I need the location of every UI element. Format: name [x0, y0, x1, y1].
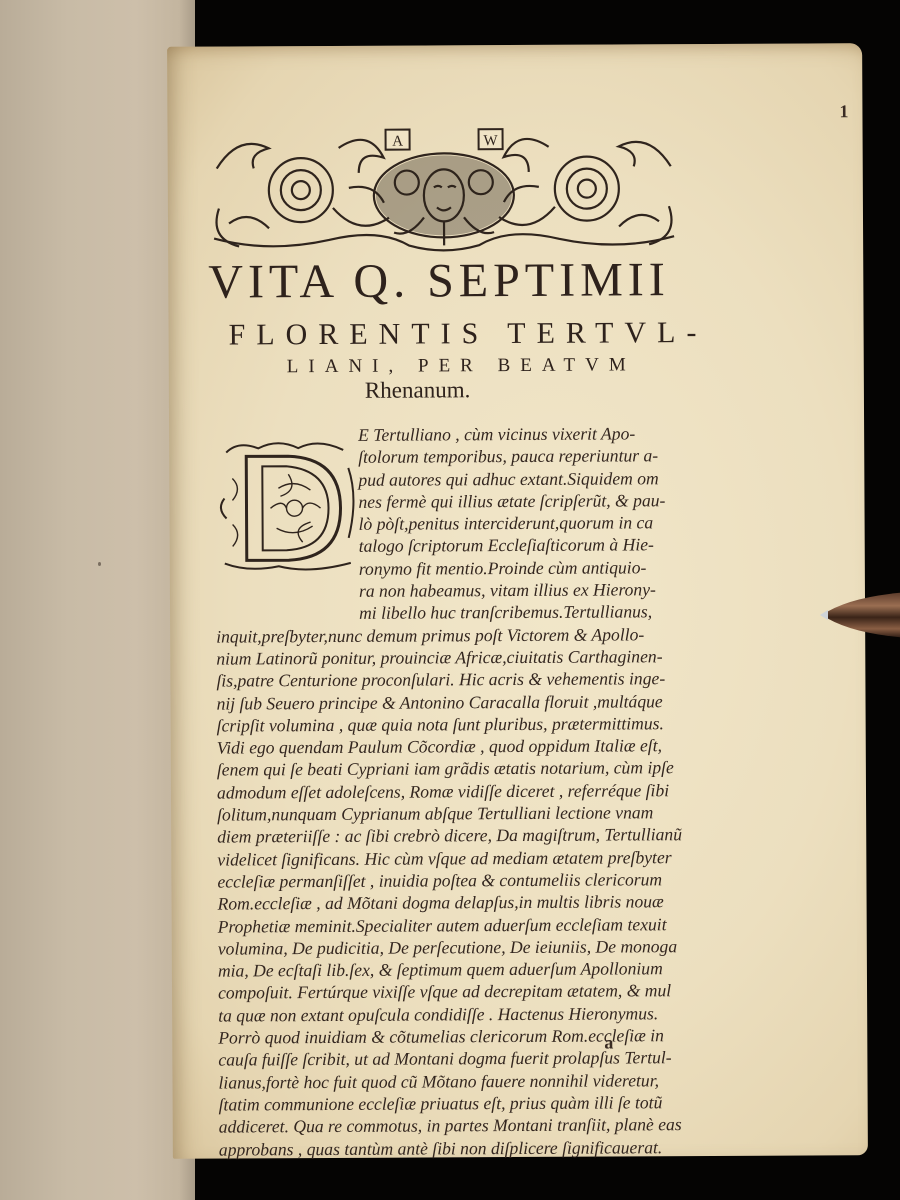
text-line: compoſuit. Fertúrque vixiſſe vſque ad de… [218, 979, 698, 1004]
ornamental-headpiece-icon: A W [209, 126, 680, 258]
text-line: nium Latinorũ ponitur, prouinciæ Africæ,… [216, 645, 696, 670]
paper-spot [98, 562, 101, 566]
book-page: 1 [167, 43, 868, 1159]
pen-tip-pointer-icon [820, 588, 900, 642]
text-line: inquit,preſbyter,nunc demum primus poſt … [216, 623, 696, 648]
text-line: Vidi ego quendam Paulum Cõcordiæ , quod … [217, 734, 697, 759]
text-line: ſtolorum temporibus, pauca reperiuntur a… [215, 444, 695, 469]
text-line: nij ſub Seuero principe & Antonino Carac… [216, 690, 696, 715]
text-line: lianus,fortè hoc fuit quod cũ Mõtano fau… [218, 1069, 698, 1094]
text-line: nes fermè qui illius ætate ſcripſerũt, &… [215, 489, 695, 514]
text-line: ronymo fit mentio.Proinde cùm antiquio- [216, 556, 696, 581]
facing-left-page [0, 0, 195, 1200]
title-line-4: Rhenanum. [365, 377, 471, 404]
text-line: Rom.eccleſiæ , ad Mõtani dogma delapſus,… [218, 890, 698, 915]
text-line: approbans , quas tantùm antè ſibi non di… [219, 1136, 699, 1161]
text-line: talogo ſcriptorum Eccleſiaſticorum à Hie… [216, 534, 696, 559]
text-line: ra non habeamus, vitam illius ex Hierony… [216, 578, 696, 603]
signature-mark: a [604, 1033, 613, 1054]
text-line: eccleſiæ permanſiſſet , inuidia poſtea &… [217, 868, 697, 893]
text-line: ſenem qui ſe beati Cypriani iam grãdis æ… [217, 757, 697, 782]
text-line: videlicet ſignificans. Hic cùm vſque ad … [217, 846, 697, 871]
text-line: volumina, De pudicitia, De perſecutione,… [218, 935, 698, 960]
body-text: E Tertulliano , cùm vicinus vixerit Apo-… [215, 422, 699, 1160]
text-line: cauſa fuiſſe ſcribit, ut ad Montani dogm… [218, 1046, 698, 1071]
text-line: ſolitum,nunquam Cyprianum abſque Tertull… [217, 801, 697, 826]
text-line: addiceret. Qua re commotus, in partes Mo… [219, 1113, 699, 1138]
text-line: ſcripſit volumina , quæ quia nota ſunt p… [217, 712, 697, 737]
text-line: E Tertulliano , cùm vicinus vixerit Apo- [215, 422, 695, 447]
text-line: ſis,patre Centurione proconſulari. Hic a… [216, 667, 696, 692]
headpiece-initial-w: W [483, 133, 498, 149]
text-line: ta quæ non extant opuſcula condidiſſe . … [218, 1002, 698, 1027]
title-line-2: FLORENTIS TERTVL- [229, 316, 689, 352]
text-line: pud autores qui adhuc extant.Siquidem om [215, 467, 695, 492]
text-line: Prophetiæ meminit.Specialiter autem adue… [218, 913, 698, 938]
text-line: diem præteriiſſe : ac ſibi crebrò dicere… [217, 823, 697, 848]
title-line-3: LIANI, PER BEATVM [287, 354, 647, 378]
text-line: lò pòſt,penitus interciderunt,quorum in … [216, 511, 696, 536]
headpiece-initial-a: A [392, 134, 403, 150]
text-line: Porrò quod inuidiam & cõtumelias clerico… [218, 1024, 698, 1049]
text-line: mia, De ecſtaſi lib.ſex, & ſeptimum quem… [218, 957, 698, 982]
text-line: ſtatim communione eccleſiæ priuatus eſt,… [219, 1091, 699, 1116]
title-line-1: VITA Q. SEPTIMII [208, 252, 688, 310]
text-line: mi libello huc tranſcribemus.Tertullianu… [216, 600, 696, 625]
folio-number: 1 [839, 101, 848, 122]
text-line: admodum eſſet adoleſcens, Romæ vidiſſe d… [217, 779, 697, 804]
